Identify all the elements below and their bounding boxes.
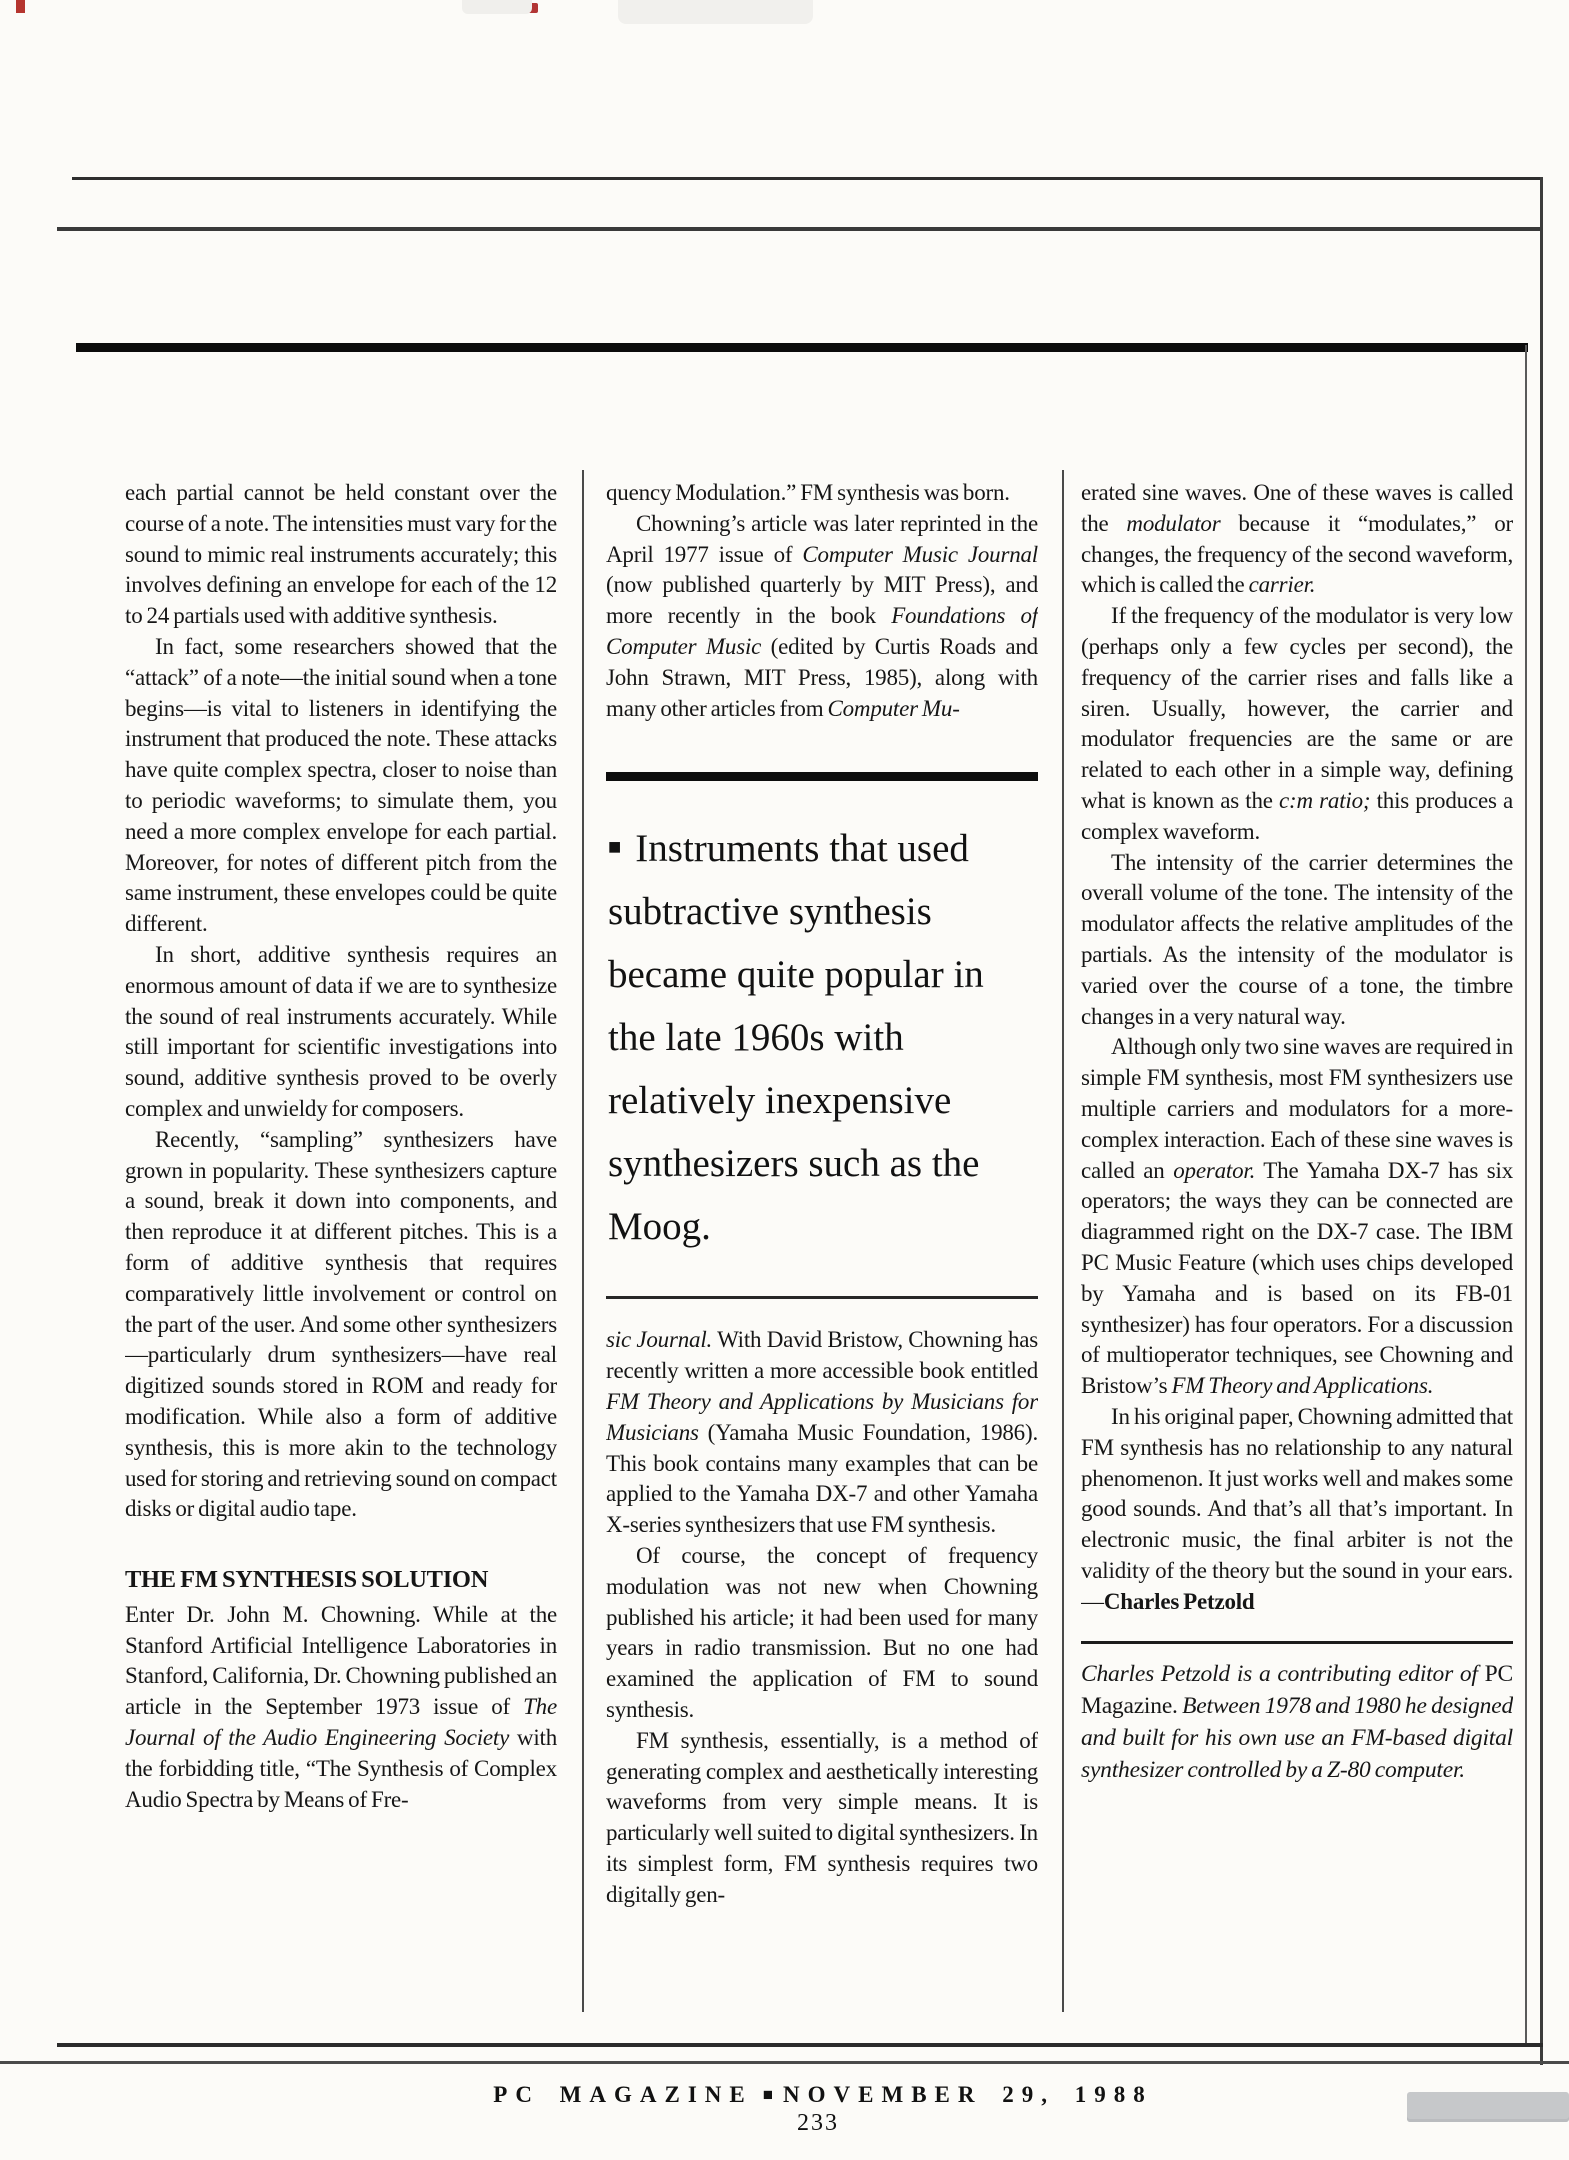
magazine-page: each partial cannot be held constant ove… (0, 0, 1569, 2160)
paragraph: If the frequency of the modulator is ver… (1081, 601, 1513, 847)
column-2: quency Modulation.” FM synthesis was bor… (606, 478, 1038, 2038)
paragraph: The intensity of the carrier determines … (1081, 848, 1513, 1033)
text-segment: each partial cannot be held constant ove… (125, 480, 557, 628)
text-segment: FM synthesis, essentially, is a method o… (606, 1728, 1038, 1907)
text-segment: Charles Petzold is a contributing editor… (1081, 1661, 1485, 1687)
page-edge-line-outer (1540, 177, 1543, 2065)
scan-artifact-bottom-right (1407, 2092, 1569, 2122)
article-top-rule (76, 343, 1528, 352)
text-segment: In his original paper, Chowning admitted… (1081, 1404, 1513, 1614)
text-segment: Of course, the concept of frequency modu… (606, 1543, 1038, 1722)
paragraph: sic Journal. With David Bristow, Chownin… (606, 1325, 1038, 1541)
text-segment: c:m ratio; (1279, 788, 1370, 813)
scan-artifact-gray-blob (462, 0, 532, 14)
text-segment: quency Modulation.” FM synthesis was bor… (606, 480, 1010, 505)
section-heading: THE FM SYNTHESIS SOLUTION (125, 1565, 557, 1596)
text-segment: In fact, some researchers showed that th… (125, 634, 557, 936)
footer-magazine-title: PC MAGAZINE (493, 2082, 752, 2107)
text-segment: carrier. (1249, 572, 1316, 597)
text-segment: The Yamaha DX-7 has six operators; the w… (1081, 1158, 1513, 1399)
footer-rule-bottom (0, 2061, 1569, 2064)
pull-quote: ■Instruments that used subtractive synth… (606, 772, 1038, 1299)
column-divider-2 (1062, 470, 1064, 2012)
page-edge-line-inner (1525, 345, 1527, 2047)
paragraph: Chowning’s article was later reprinted i… (606, 509, 1038, 725)
column-divider-1 (582, 470, 584, 2012)
footer-date: NOVEMBER 29, 1988 (783, 2082, 1153, 2107)
text-segment: Enter Dr. John M. Chowning. While at the… (125, 1602, 557, 1719)
text-segment: If the frequency of the modulator is ver… (1081, 603, 1513, 813)
footer: PC MAGAZINE■NOVEMBER 29, 1988 (493, 2082, 1152, 2108)
author-bio: Charles Petzold is a contributing editor… (1081, 1641, 1513, 1786)
text-segment: Charles Petzold (1104, 1589, 1255, 1614)
footer-rule-top (57, 2043, 1543, 2047)
paragraph: erated sine waves. One of these waves is… (1081, 478, 1513, 601)
paragraph: Enter Dr. John M. Chowning. While at the… (125, 1600, 557, 1816)
text-segment: In short, additive synthesis requires an… (125, 942, 557, 1121)
paragraph: In his original paper, Chowning admitted… (1081, 1402, 1513, 1618)
column-3: erated sine waves. One of these waves is… (1081, 478, 1513, 2038)
paragraph: In short, additive synthesis requires an… (125, 940, 557, 1125)
paragraph: quency Modulation.” FM synthesis was bor… (606, 478, 1038, 509)
paragraph: Recently, “sampling” synthesizers have g… (125, 1125, 557, 1525)
paragraph: In fact, some researchers showed that th… (125, 632, 557, 940)
scan-artifact-red-tick (16, 0, 25, 13)
text-segment: operator. (1173, 1158, 1255, 1183)
text-segment: Recently, “sampling” synthesizers have g… (125, 1127, 557, 1522)
page-number: 233 (797, 2110, 839, 2137)
paragraph: Of course, the concept of frequency modu… (606, 1541, 1038, 1726)
header-rule-top (72, 177, 1542, 180)
pull-quote-text: Instruments that used subtractive synthe… (608, 827, 984, 1248)
square-bullet-icon: ■ (763, 2085, 773, 2104)
scan-artifact-gray-blob (618, 0, 813, 24)
paragraph: Although only two sine waves are require… (1081, 1032, 1513, 1402)
paragraph: FM synthesis, essentially, is a method o… (606, 1726, 1038, 1911)
text-segment: Computer Music Journal (802, 542, 1038, 567)
column-1: each partial cannot be held constant ove… (125, 478, 557, 2038)
text-segment: FM Theory and Applications. (1171, 1373, 1433, 1398)
text-segment: sic Journal. (606, 1327, 712, 1352)
text-segment: The intensity of the carrier determines … (1081, 850, 1513, 1029)
paragraph: each partial cannot be held constant ove… (125, 478, 557, 632)
header-rule-second (57, 227, 1543, 231)
text-segment: Computer Mu- (827, 696, 959, 721)
square-bullet-icon: ■ (608, 815, 621, 878)
text-segment: modulator (1126, 511, 1220, 536)
